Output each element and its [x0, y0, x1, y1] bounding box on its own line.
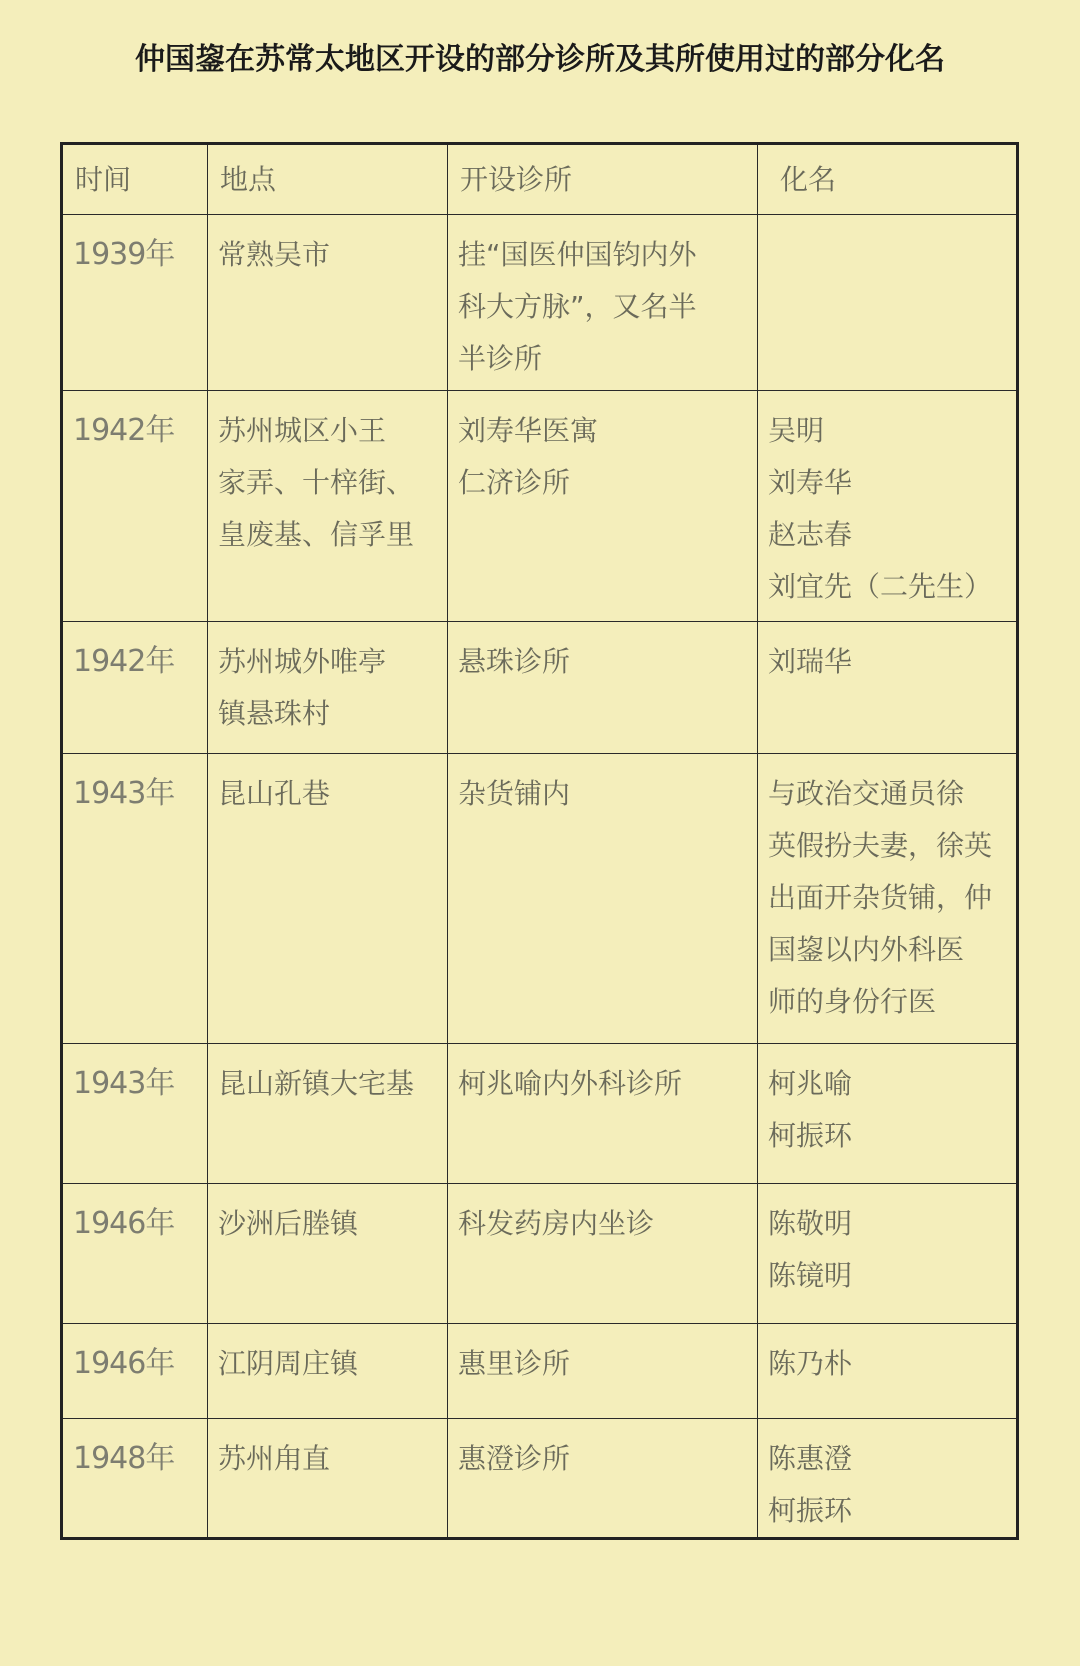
alias-line: 陈乃朴: [768, 1338, 1006, 1390]
cell-time: 1942年: [62, 622, 208, 754]
alias-line: 柯振环: [768, 1485, 1006, 1537]
alias-line: 陈镜明: [768, 1250, 1006, 1302]
alias-line: 英假扮夫妻，徐英: [768, 820, 1006, 872]
cell-clinic: 科发药房内坐诊: [448, 1184, 758, 1324]
cell-clinic: 柯兆喻内外科诊所: [448, 1044, 758, 1184]
cell-clinic: 杂货铺内: [448, 754, 758, 1044]
cell-alias: 吴明刘寿华赵志春刘宜先（二先生）: [758, 391, 1018, 622]
table-row: 1946年沙洲后塍镇科发药房内坐诊陈敬明陈镜明: [62, 1184, 1018, 1324]
cell-alias: 陈惠澄柯振环: [758, 1419, 1018, 1539]
table-row: 1942年苏州城区小王家弄、十梓街、皇废基、信孚里刘寿华医寓仁济诊所吴明刘寿华赵…: [62, 391, 1018, 622]
time-text: 1939年: [73, 237, 174, 272]
alias-line: 陈惠澄: [768, 1433, 1006, 1485]
cell-clinic: 惠里诊所: [448, 1324, 758, 1419]
table-row: 1943年昆山孔巷杂货铺内与政治交通员徐英假扮夫妻，徐英出面开杂货铺，仲国鋆以内…: [62, 754, 1018, 1044]
header-alias: 化名: [758, 144, 1018, 215]
place-line: 家弄、十梓街、: [218, 457, 437, 509]
cell-alias: [758, 215, 1018, 391]
cell-alias: 陈敬明陈镜明: [758, 1184, 1018, 1324]
cell-clinic: 悬珠诊所: [448, 622, 758, 754]
clinic-line: 悬珠诊所: [458, 636, 747, 688]
clinic-line: 柯兆喻内外科诊所: [458, 1058, 747, 1110]
time-text: 1943年: [73, 1066, 174, 1101]
clinic-line: 惠里诊所: [458, 1338, 747, 1390]
clinic-line: 仁济诊所: [458, 457, 747, 509]
time-text: 1942年: [73, 413, 174, 448]
place-line: 常熟吴市: [218, 229, 437, 281]
clinics-table-container: 时间 地点 开设诊所 化名 1939年常熟吴市挂“国医仲国钧内外科大方脉”，又名…: [60, 142, 1016, 1540]
time-text: 1946年: [73, 1346, 174, 1381]
cell-time: 1943年: [62, 1044, 208, 1184]
cell-place: 苏州甪直: [208, 1419, 448, 1539]
table-row: 1939年常熟吴市挂“国医仲国钧内外科大方脉”，又名半半诊所: [62, 215, 1018, 391]
cell-alias: 与政治交通员徐英假扮夫妻，徐英出面开杂货铺，仲国鋆以内外科医师的身份行医: [758, 754, 1018, 1044]
cell-clinic: 惠澄诊所: [448, 1419, 758, 1539]
place-line: 苏州城区小王: [218, 405, 437, 457]
cell-place: 昆山新镇大宅基: [208, 1044, 448, 1184]
cell-place: 沙洲后塍镇: [208, 1184, 448, 1324]
place-line: 昆山新镇大宅基: [218, 1058, 437, 1110]
alias-line: 刘宜先（二先生）: [768, 561, 1006, 613]
cell-clinic: 挂“国医仲国钧内外科大方脉”，又名半半诊所: [448, 215, 758, 391]
header-place: 地点: [208, 144, 448, 215]
clinic-line: 惠澄诊所: [458, 1433, 747, 1485]
cell-place: 昆山孔巷: [208, 754, 448, 1044]
alias-line: 柯兆喻: [768, 1058, 1006, 1110]
cell-clinic: 刘寿华医寓仁济诊所: [448, 391, 758, 622]
table-row: 1946年江阴周庄镇惠里诊所陈乃朴: [62, 1324, 1018, 1419]
cell-place: 常熟吴市: [208, 215, 448, 391]
cell-time: 1948年: [62, 1419, 208, 1539]
place-line: 苏州城外唯亭: [218, 636, 437, 688]
cell-alias: 柯兆喻柯振环: [758, 1044, 1018, 1184]
alias-line: 刘瑞华: [768, 636, 1006, 688]
cell-place: 苏州城区小王家弄、十梓街、皇废基、信孚里: [208, 391, 448, 622]
cell-time: 1939年: [62, 215, 208, 391]
clinics-table: 时间 地点 开设诊所 化名 1939年常熟吴市挂“国医仲国钧内外科大方脉”，又名…: [60, 142, 1019, 1540]
clinic-line: 杂货铺内: [458, 768, 747, 820]
cell-time: 1942年: [62, 391, 208, 622]
table-row: 1942年苏州城外唯亭镇悬珠村悬珠诊所刘瑞华: [62, 622, 1018, 754]
cell-place: 苏州城外唯亭镇悬珠村: [208, 622, 448, 754]
table-row: 1943年昆山新镇大宅基柯兆喻内外科诊所柯兆喻柯振环: [62, 1044, 1018, 1184]
alias-line: 赵志春: [768, 509, 1006, 561]
clinic-line: 科大方脉”，又名半: [458, 281, 747, 333]
place-line: 沙洲后塍镇: [218, 1198, 437, 1250]
cell-alias: 陈乃朴: [758, 1324, 1018, 1419]
place-line: 皇废基、信孚里: [218, 509, 437, 561]
header-clinic: 开设诊所: [448, 144, 758, 215]
time-text: 1942年: [73, 644, 174, 679]
header-time: 时间: [62, 144, 208, 215]
clinic-line: 科发药房内坐诊: [458, 1198, 747, 1250]
alias-line: 国鋆以内外科医: [768, 924, 1006, 976]
page-title: 仲国鋆在苏常太地区开设的部分诊所及其所使用过的部分化名: [0, 34, 1080, 78]
time-text: 1948年: [73, 1441, 174, 1476]
place-line: 江阴周庄镇: [218, 1338, 437, 1390]
cell-place: 江阴周庄镇: [208, 1324, 448, 1419]
alias-line: 与政治交通员徐: [768, 768, 1006, 820]
time-text: 1943年: [73, 776, 174, 811]
clinic-line: 挂“国医仲国钧内外: [458, 229, 747, 281]
cell-alias: 刘瑞华: [758, 622, 1018, 754]
table-row: 1948年苏州甪直惠澄诊所陈惠澄柯振环: [62, 1419, 1018, 1539]
table-header-row: 时间 地点 开设诊所 化名: [62, 144, 1018, 215]
place-line: 镇悬珠村: [218, 688, 437, 740]
alias-line: 刘寿华: [768, 457, 1006, 509]
alias-line: 师的身份行医: [768, 976, 1006, 1028]
table-body: 1939年常熟吴市挂“国医仲国钧内外科大方脉”，又名半半诊所1942年苏州城区小…: [62, 215, 1018, 1539]
alias-line: 出面开杂货铺，仲: [768, 872, 1006, 924]
place-line: 昆山孔巷: [218, 768, 437, 820]
cell-time: 1943年: [62, 754, 208, 1044]
alias-line: 吴明: [768, 405, 1006, 457]
time-text: 1946年: [73, 1206, 174, 1241]
place-line: 苏州甪直: [218, 1433, 437, 1485]
alias-line: 陈敬明: [768, 1198, 1006, 1250]
cell-time: 1946年: [62, 1324, 208, 1419]
cell-time: 1946年: [62, 1184, 208, 1324]
alias-line: 柯振环: [768, 1110, 1006, 1162]
clinic-line: 半诊所: [458, 333, 747, 385]
clinic-line: 刘寿华医寓: [458, 405, 747, 457]
